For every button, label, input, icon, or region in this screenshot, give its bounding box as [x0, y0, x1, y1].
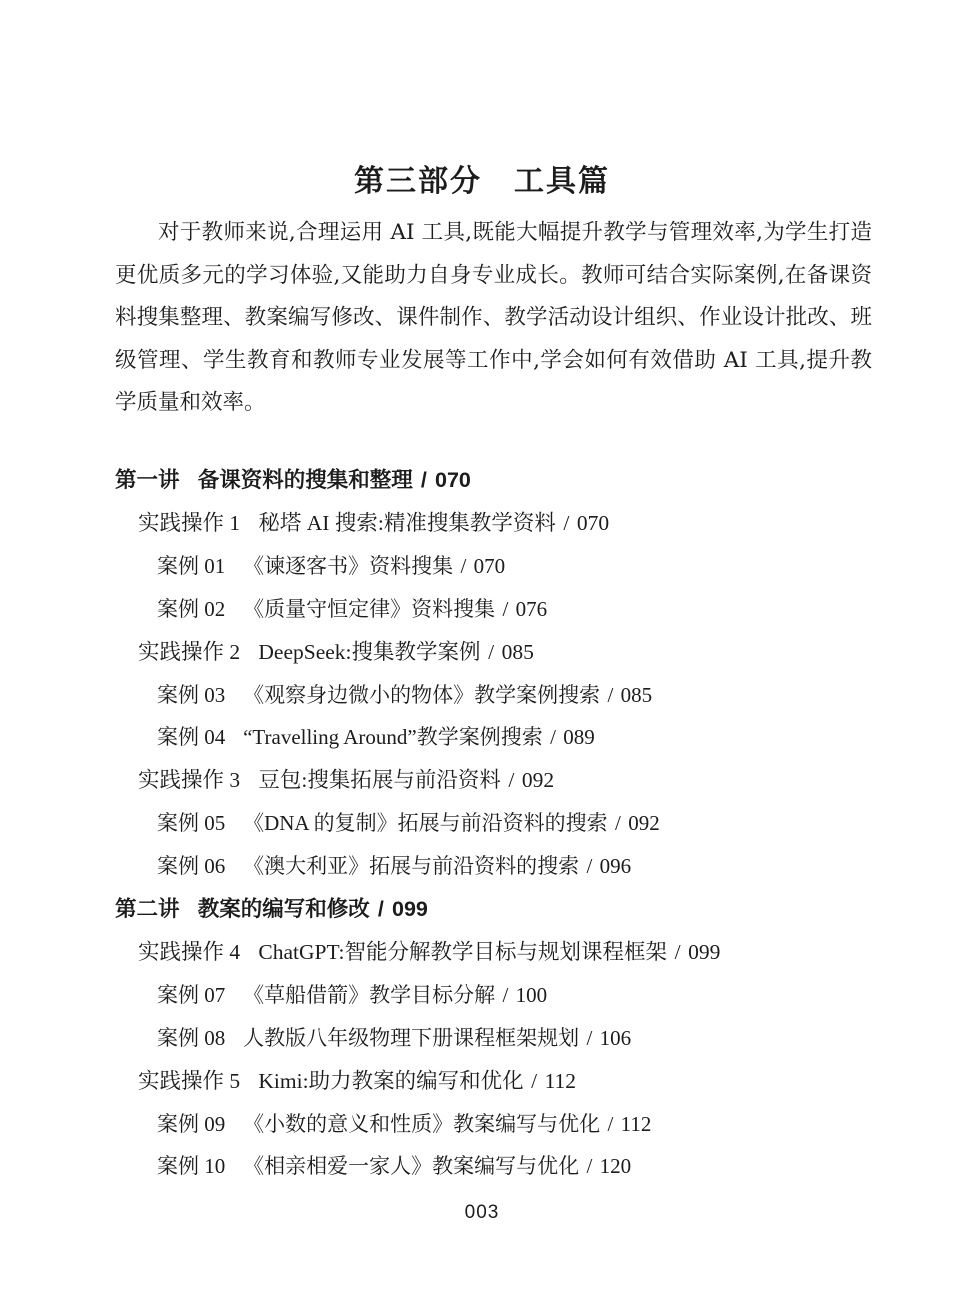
toc-entry: 案例 08人教版八年级物理下册课程框架规划 / 106 — [115, 1017, 872, 1060]
toc-entry-label: 案例 02 — [157, 588, 225, 631]
toc-entry-title: 备课资料的搜集和整理 — [198, 468, 413, 492]
toc-entry-separator: / — [495, 983, 516, 1007]
toc-entry-title: 《质量守恒定律》资料搜集 — [243, 597, 495, 621]
toc-entry-separator: / — [495, 597, 516, 621]
toc-entry-title: “Travelling Around”教学案例搜索 — [243, 725, 543, 749]
toc-entry: 案例 02《质量守恒定律》资料搜集 / 076 — [115, 588, 872, 631]
toc-entry-label: 实践操作 3 — [138, 759, 240, 802]
toc-entry-label: 实践操作 2 — [138, 631, 240, 674]
toc-entry-label: 案例 10 — [157, 1145, 225, 1188]
toc-entry-label: 实践操作 4 — [138, 931, 240, 974]
toc-entry-page: 076 — [516, 597, 548, 621]
toc-entry-page: 096 — [600, 854, 632, 878]
toc-entry-title: 《小数的意义和性质》教案编写与优化 — [243, 1112, 600, 1136]
toc-entry-title: 《草船借箭》教学目标分解 — [243, 983, 495, 1007]
toc-entry: 实践操作 2DeepSeek:搜集教学案例 / 085 — [115, 631, 872, 674]
toc-entry: 实践操作 5Kimi:助力教案的编写和优化 / 112 — [115, 1060, 872, 1103]
toc-entry-separator: / — [579, 854, 600, 878]
toc-entry: 案例 10《相亲相爱一家人》教案编写与优化 / 120 — [115, 1145, 872, 1188]
toc-entry: 案例 01《谏逐客书》资料搜集 / 070 — [115, 545, 872, 588]
toc-entry-separator: / — [667, 940, 688, 964]
toc-entry-title: 《观察身边微小的物体》教学案例搜索 — [243, 683, 600, 707]
toc-entry: 案例 06《澳大利亚》拓展与前沿资料的搜索 / 096 — [115, 845, 872, 888]
toc-entry-label: 实践操作 1 — [138, 502, 240, 545]
toc-entry-title: 秘塔 AI 搜索:精准搜集教学资料 — [258, 511, 555, 535]
toc-entry: 实践操作 3豆包:搜集拓展与前沿资料 / 092 — [115, 759, 872, 802]
toc-entry-separator: / — [556, 511, 577, 535]
toc-entry-label: 案例 08 — [157, 1017, 225, 1060]
toc-entry-label: 案例 06 — [157, 845, 225, 888]
toc-entry-page: 092 — [522, 768, 554, 792]
page-content: 对于教师来说,合理运用 AI 工具,既能大幅提升教学与管理效率,为学生打造更优质… — [0, 212, 964, 1188]
intro-paragraph: 对于教师来说,合理运用 AI 工具,既能大幅提升教学与管理效率,为学生打造更优质… — [115, 212, 872, 425]
toc-entry-title: ChatGPT:智能分解教学目标与规划课程框架 — [258, 940, 667, 964]
toc-entry-label: 案例 03 — [157, 674, 225, 717]
toc-entry: 案例 05《DNA 的复制》拓展与前沿资料的搜索 / 092 — [115, 802, 872, 845]
toc-entry-separator: / — [608, 811, 629, 835]
toc-entry-separator: / — [524, 1069, 545, 1093]
toc-entry: 第一讲备课资料的搜集和整理 / 070 — [115, 459, 872, 502]
part-title: 第三部分 工具篇 — [0, 0, 964, 200]
toc-entry-separator: / — [600, 683, 621, 707]
book-page: 第三部分 工具篇 对于教师来说,合理运用 AI 工具,既能大幅提升教学与管理效率… — [0, 0, 964, 1302]
toc-entry: 案例 07《草船借箭》教学目标分解 / 100 — [115, 974, 872, 1017]
toc-entry-title: 豆包:搜集拓展与前沿资料 — [258, 768, 500, 792]
toc-entry-label: 案例 04 — [157, 716, 225, 759]
toc-entry: 案例 09《小数的意义和性质》教案编写与优化 / 112 — [115, 1103, 872, 1146]
toc-entry-separator: / — [413, 468, 435, 492]
toc-entry: 案例 04“Travelling Around”教学案例搜索 / 089 — [115, 716, 872, 759]
toc-entry-title: 《谏逐客书》资料搜集 — [243, 554, 453, 578]
toc-entry-label: 案例 05 — [157, 802, 225, 845]
toc-entry-separator: / — [453, 554, 474, 578]
toc-entry-label: 案例 07 — [157, 974, 225, 1017]
toc-entry-label: 案例 09 — [157, 1103, 225, 1146]
toc-entry-page: 085 — [621, 683, 653, 707]
toc-entry-label: 案例 01 — [157, 545, 225, 588]
toc-entry-page: 120 — [600, 1154, 632, 1178]
toc-list: 第一讲备课资料的搜集和整理 / 070 实践操作 1秘塔 AI 搜索:精准搜集教… — [115, 459, 872, 1188]
toc-entry-separator: / — [543, 725, 564, 749]
toc-entry: 案例 03《观察身边微小的物体》教学案例搜索 / 085 — [115, 674, 872, 717]
toc-entry-page: 070 — [474, 554, 506, 578]
toc-entry-title: DeepSeek:搜集教学案例 — [258, 640, 480, 664]
toc-entry-title: Kimi:助力教案的编写和优化 — [258, 1069, 523, 1093]
toc-entry-separator: / — [579, 1026, 600, 1050]
toc-entry-title: 教案的编写和修改 — [198, 897, 370, 921]
toc-entry-title: 人教版八年级物理下册课程框架规划 — [243, 1026, 579, 1050]
toc-entry-page: 070 — [577, 511, 609, 535]
toc-entry-page: 070 — [435, 468, 471, 492]
toc-entry-page: 099 — [392, 897, 428, 921]
toc-entry-page: 100 — [516, 983, 548, 1007]
toc-entry-title: 《澳大利亚》拓展与前沿资料的搜索 — [243, 854, 579, 878]
toc-entry-title: 《相亲相爱一家人》教案编写与优化 — [243, 1154, 579, 1178]
toc-entry: 实践操作 4ChatGPT:智能分解教学目标与规划课程框架 / 099 — [115, 931, 872, 974]
toc-entry-page: 089 — [563, 725, 595, 749]
toc-entry-page: 092 — [628, 811, 660, 835]
toc-entry-page: 099 — [688, 940, 720, 964]
toc-entry-label: 第一讲 — [115, 459, 180, 502]
toc-entry-separator: / — [579, 1154, 600, 1178]
toc-entry-separator: / — [501, 768, 522, 792]
toc-entry-page: 112 — [545, 1069, 576, 1093]
toc-entry: 第二讲教案的编写和修改 / 099 — [115, 888, 872, 931]
toc-entry-page: 085 — [502, 640, 534, 664]
toc-entry-separator: / — [481, 640, 502, 664]
toc-entry-page: 106 — [600, 1026, 632, 1050]
toc-entry-page: 112 — [621, 1112, 652, 1136]
toc-entry-label: 实践操作 5 — [138, 1060, 240, 1103]
footer-page-number: 003 — [0, 1202, 964, 1224]
toc-entry: 实践操作 1秘塔 AI 搜索:精准搜集教学资料 / 070 — [115, 502, 872, 545]
toc-entry-separator: / — [370, 897, 392, 921]
toc-entry-label: 第二讲 — [115, 888, 180, 931]
toc-entry-separator: / — [600, 1112, 621, 1136]
toc-entry-title: 《DNA 的复制》拓展与前沿资料的搜索 — [243, 811, 608, 835]
